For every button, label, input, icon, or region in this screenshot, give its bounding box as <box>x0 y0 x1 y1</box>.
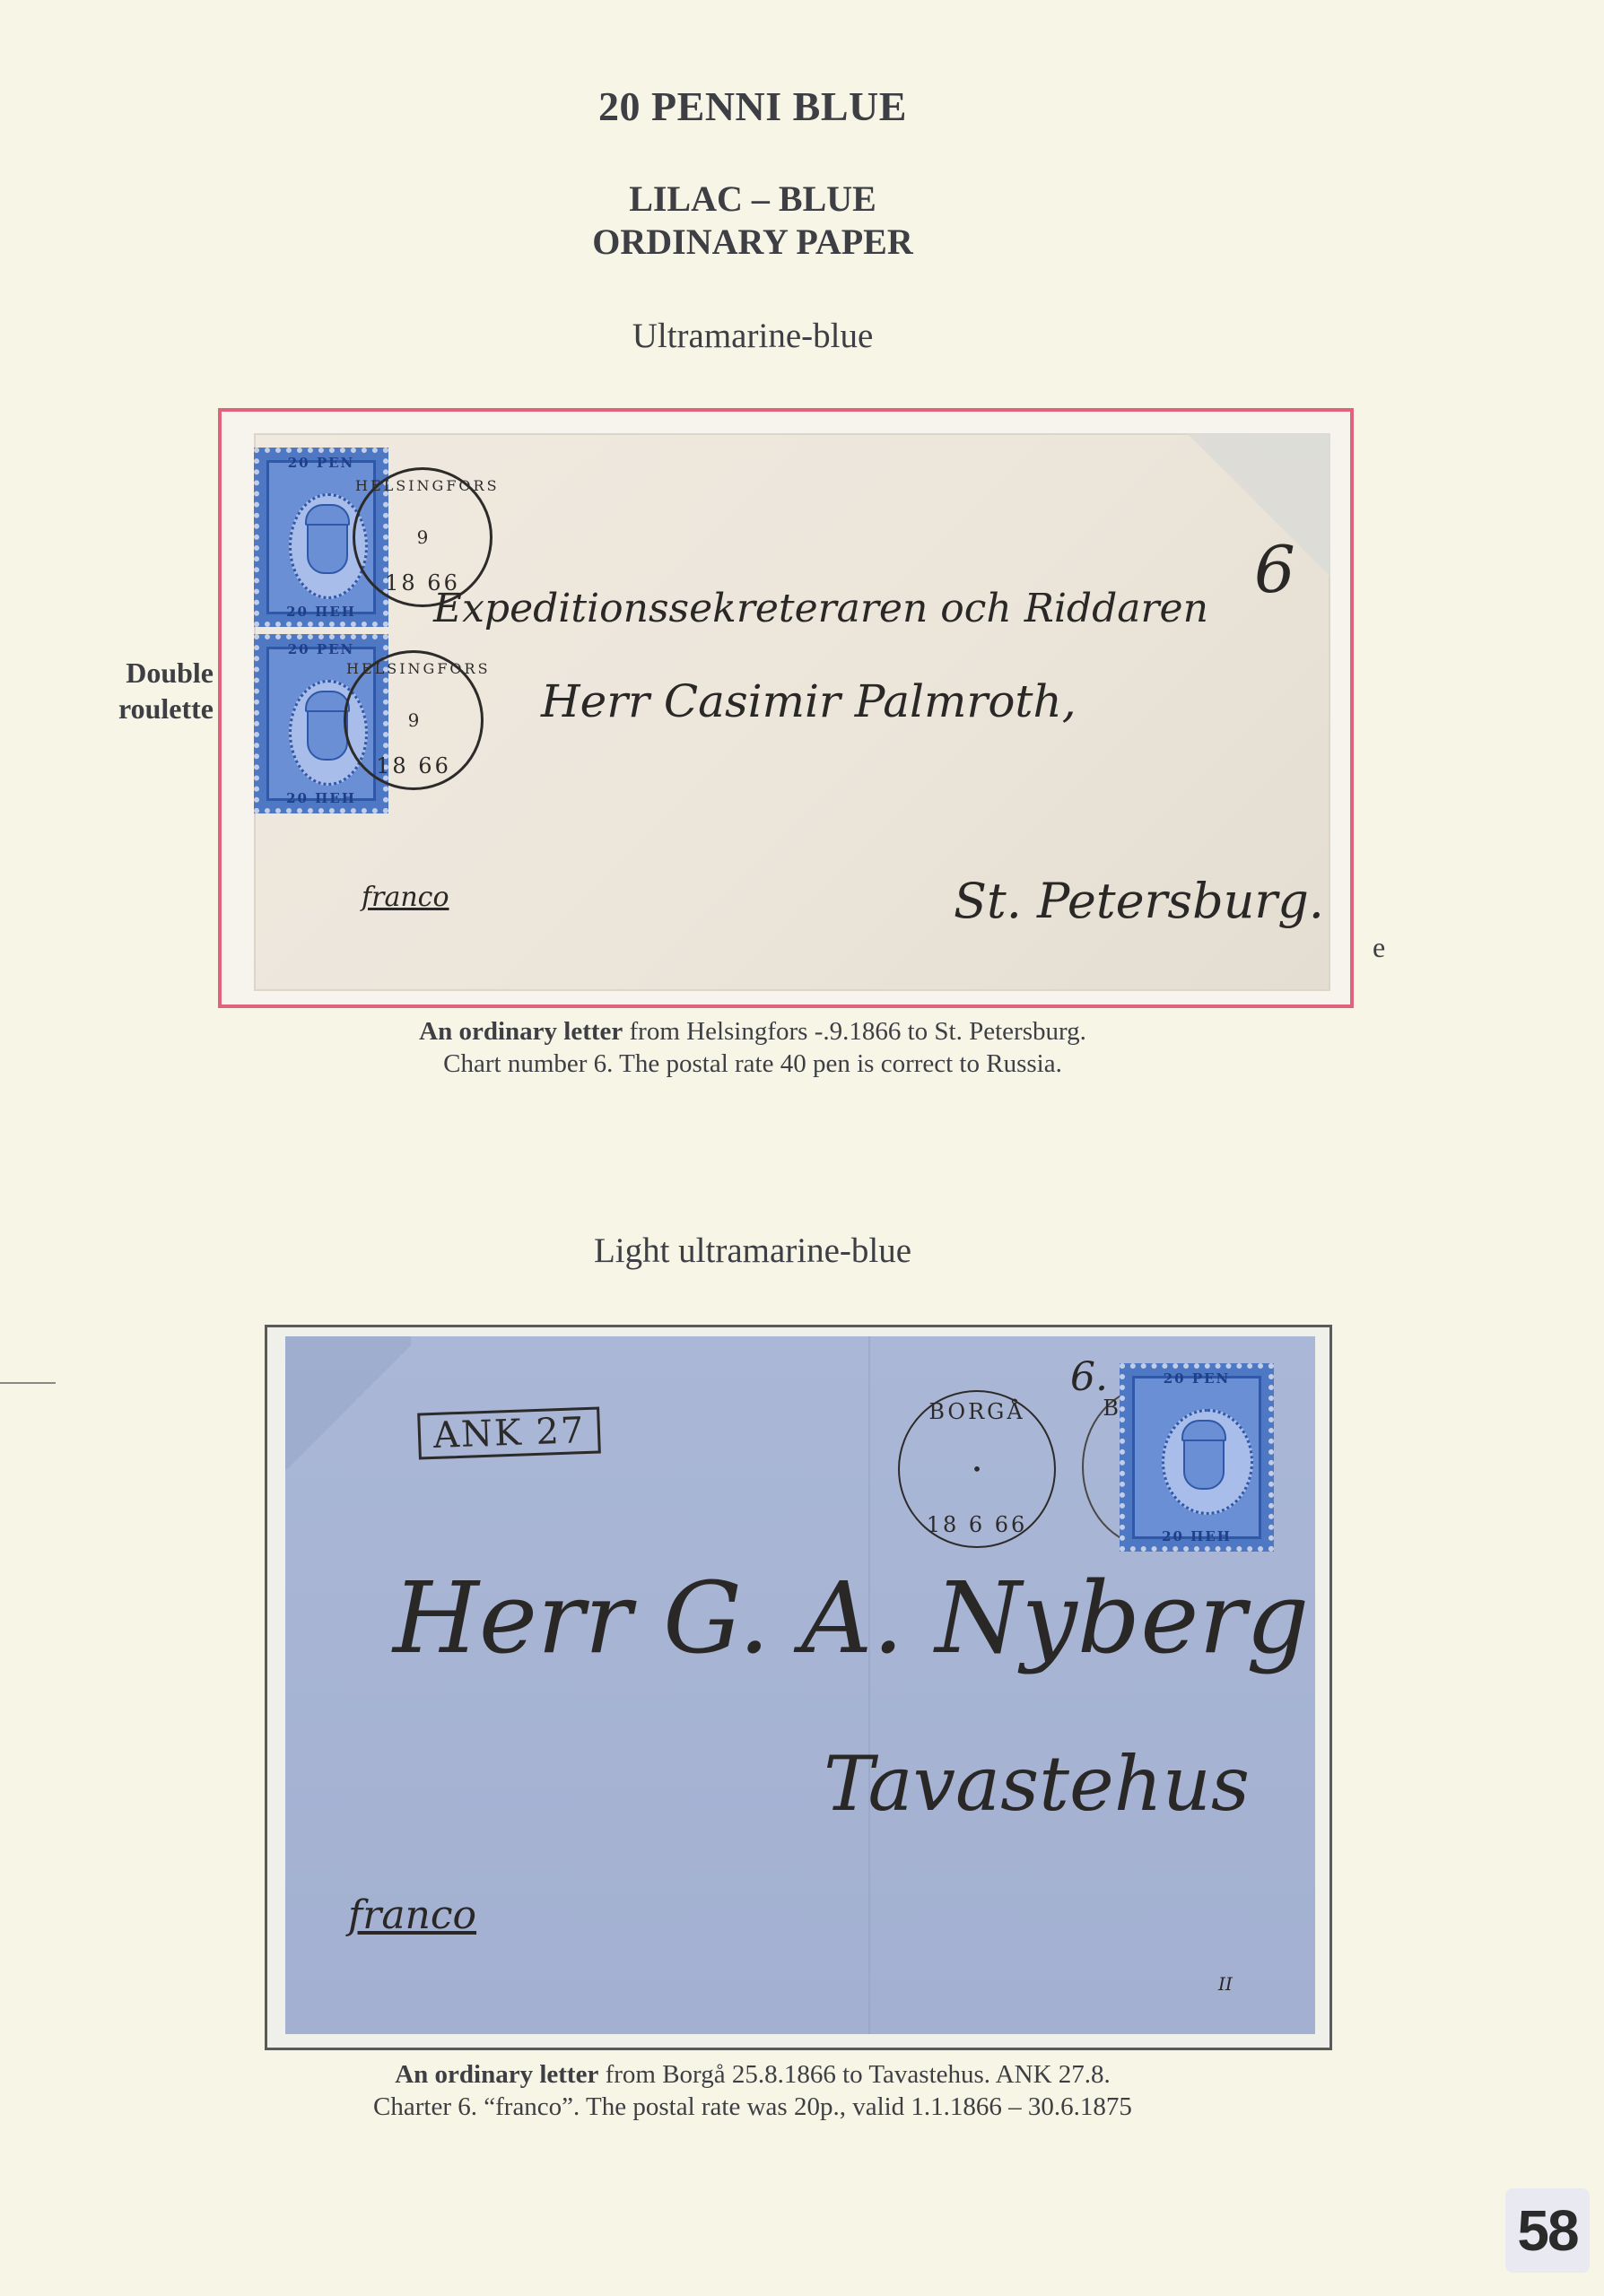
caption-1-line-2: Chart number 6. The postal rate 40 pen i… <box>0 1048 1505 1080</box>
side-note: Double roulette <box>79 655 214 726</box>
crown-icon <box>1181 1420 1226 1441</box>
caption-2-line-2: Charter 6. “franco”. The postal rate was… <box>0 2091 1505 2123</box>
address-line-2: Herr Casimir Palmroth, <box>541 675 1077 727</box>
caption-1-rest: from Helsingfors -.9.1866 to St. Petersb… <box>623 1017 1086 1046</box>
stamp-label-top: 20 PEN <box>259 455 383 471</box>
stamp-label-top: 20 PEN <box>1125 1370 1268 1387</box>
address-line-2: Tavastehus <box>824 1740 1250 1828</box>
caption-cover-1: An ordinary letter from Helsingfors -.9.… <box>0 1015 1505 1080</box>
side-letter-mark: e <box>1373 931 1385 964</box>
caption-1-bold: An ordinary letter <box>419 1017 623 1046</box>
side-note-line2: roulette <box>79 691 214 726</box>
address-line-1: Expeditionssekreteraren och Riddaren <box>433 586 1208 631</box>
cover-envelope-1: 20 PEN 20 ПЕН 20 PEN 20 ПЕН HELSINGFORS … <box>254 433 1330 991</box>
page-title: 20 PENNI BLUE <box>0 83 1505 130</box>
corner-mark: II <box>1218 1973 1233 1995</box>
stamp-label-bottom: 20 ПЕН <box>259 604 383 620</box>
variety-heading-2: Light ultramarine-blue <box>0 1231 1505 1271</box>
rate-mark: 6. <box>1070 1354 1108 1400</box>
address-line-3: St. Petersburg. <box>954 873 1324 929</box>
side-note-line1: Double <box>79 655 214 691</box>
variety-heading-1: Ultramarine-blue <box>0 316 1505 356</box>
stamp-label-top: 20 PEN <box>259 641 383 657</box>
cover-frame-2: ANK 27 BORGÅ • 18 6 66 BORGÅ 6. 20 PEN 2… <box>265 1325 1332 2050</box>
crown-icon <box>305 691 350 712</box>
subtitle-color: LILAC – BLUE <box>0 178 1505 221</box>
stamp-label-bottom: 20 ПЕН <box>1125 1528 1268 1544</box>
address-line-1: Herr G. A. Nyberg <box>393 1561 1309 1675</box>
postmark-helsingfors-2: HELSINGFORS 9 18 66 <box>344 650 484 790</box>
fold-line <box>868 1336 870 2034</box>
rate-mark: 6 <box>1254 532 1295 607</box>
coat-of-arms-icon <box>1183 1439 1225 1490</box>
stamp-label-bottom: 20 ПЕН <box>259 790 383 806</box>
coat-of-arms-icon <box>307 524 348 574</box>
ank-arrival-mark: ANK 27 <box>417 1406 601 1459</box>
postmark-borga: BORGÅ • 18 6 66 <box>898 1390 1056 1548</box>
mount-corner-icon <box>285 1336 411 1480</box>
cover-envelope-2: ANK 27 BORGÅ • 18 6 66 BORGÅ 6. 20 PEN 2… <box>285 1336 1315 2034</box>
caption-2-bold: An ordinary letter <box>395 2060 598 2089</box>
stamp-20-penni: 20 PEN 20 ПЕН <box>1120 1363 1274 1552</box>
crown-icon <box>305 504 350 526</box>
page-number-badge: 58 <box>1505 2188 1590 2273</box>
franco-mark: franco <box>348 1892 476 1938</box>
caption-2-rest: from Borgå 25.8.1866 to Tavastehus. ANK … <box>598 2060 1110 2089</box>
caption-2-line-1: An ordinary letter from Borgå 25.8.1866 … <box>0 2058 1505 2091</box>
coat-of-arms-icon <box>307 710 348 761</box>
stamp-frame <box>1132 1376 1261 1539</box>
margin-line <box>0 1382 56 1384</box>
page-subtitle: LILAC – BLUE ORDINARY PAPER <box>0 178 1505 264</box>
cover-frame-1: 20 PEN 20 ПЕН 20 PEN 20 ПЕН HELSINGFORS … <box>218 408 1354 1008</box>
caption-cover-2: An ordinary letter from Borgå 25.8.1866 … <box>0 2058 1505 2123</box>
subtitle-paper: ORDINARY PAPER <box>0 221 1505 264</box>
caption-1-line-1: An ordinary letter from Helsingfors -.9.… <box>0 1015 1505 1048</box>
franco-mark: franco <box>362 882 449 913</box>
